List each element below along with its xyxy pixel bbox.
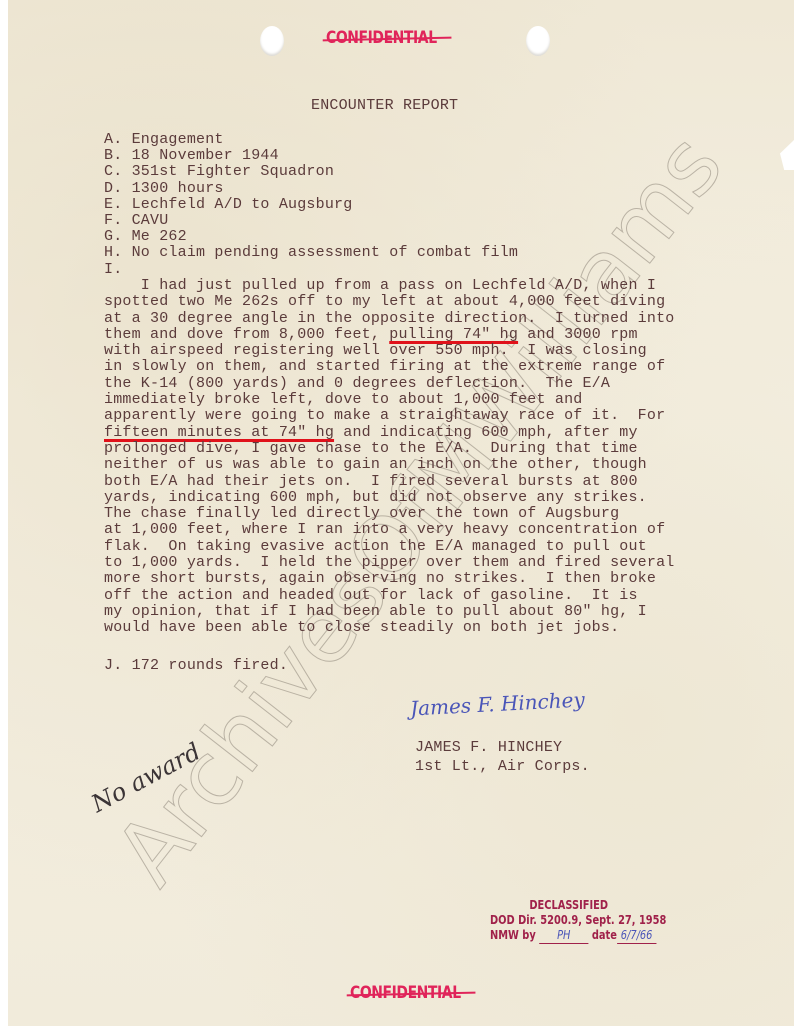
report-items: A. EngagementB. 18 November 1944C. 351st…: [104, 132, 518, 278]
confidential-stamp-top: CONFIDENTIAL: [326, 28, 437, 48]
date-label: date: [592, 928, 617, 942]
punch-hole: [260, 26, 284, 56]
narrative-line: spotted two Me 262s off to my left at ab…: [104, 294, 675, 310]
report-item: E. Lechfeld A/D to Augsburg: [104, 197, 518, 213]
narrative-line: apparently were going to make a straight…: [104, 408, 675, 424]
signer-rank: 1st Lt., Air Corps.: [415, 757, 590, 776]
declass-date: 6/7/66: [621, 928, 653, 942]
punch-hole: [526, 26, 550, 56]
confidential-stamp-bottom: CONFIDENTIAL: [350, 983, 461, 1003]
narrative-text: I had just pulled up from a pass on Lech…: [104, 278, 675, 637]
declassification-stamp: DECLASSIFIED DOD Dir. 5200.9, Sept. 27, …: [490, 898, 666, 944]
signature-block: JAMES F. HINCHEY 1st Lt., Air Corps.: [415, 738, 590, 776]
page-title: ENCOUNTER REPORT: [311, 97, 458, 114]
narrative-line: fifteen minutes at 74" hg and indicating…: [104, 425, 675, 441]
report-item: B. 18 November 1944: [104, 148, 518, 164]
narrative-line: The chase finally led directly over the …: [104, 506, 675, 522]
report-item: C. 351st Fighter Squadron: [104, 164, 518, 180]
report-item: F. CAVU: [104, 213, 518, 229]
narrative-line: flak. On taking evasive action the E/A m…: [104, 539, 675, 555]
report-item: I.: [104, 262, 518, 278]
narrative-line: to 1,000 yards. I held the pipper over t…: [104, 555, 675, 571]
report-item: H. No claim pending assessment of combat…: [104, 245, 518, 261]
narrative-line: would have been able to close steadily o…: [104, 620, 675, 636]
report-item: A. Engagement: [104, 132, 518, 148]
narrative-line: prolonged dive, I gave chase to the E/A.…: [104, 441, 675, 457]
narrative-line: with airspeed registering well over 550 …: [104, 343, 675, 359]
narrative-line: in slowly on them, and started firing at…: [104, 359, 675, 375]
declassified-authority: NMW by PH date6/7/66: [490, 928, 666, 944]
report-item: D. 1300 hours: [104, 181, 518, 197]
narrative-line: my opinion, that if I had been able to p…: [104, 604, 675, 620]
narrative-line: off the action and headed out for lack o…: [104, 588, 675, 604]
report-item: G. Me 262: [104, 229, 518, 245]
rounds-fired: J. 172 rounds fired.: [104, 657, 288, 674]
signer-name: JAMES F. HINCHEY: [415, 738, 590, 757]
narrative-line: yards, indicating 600 mph, but did not o…: [104, 490, 675, 506]
narrative-line: immediately broke left, dove to about 1,…: [104, 392, 675, 408]
narrative-line: both E/A had their jets on. I fired seve…: [104, 474, 675, 490]
narrative-line: I had just pulled up from a pass on Lech…: [104, 278, 675, 294]
declassified-heading: DECLASSIFIED: [490, 898, 666, 913]
narrative-line: at a 30 degree angle in the opposite dir…: [104, 311, 675, 327]
declassified-directive: DOD Dir. 5200.9, Sept. 27, 1958: [490, 913, 666, 928]
red-underlined-text: pulling 74" hg: [389, 326, 518, 343]
narrative-line: at 1,000 feet, where I ran into a very h…: [104, 522, 675, 538]
narrative-line: the K-14 (800 yards) and 0 degrees defle…: [104, 376, 675, 392]
narrative-line: neither of us was able to gain an inch o…: [104, 457, 675, 473]
narrative-line: more short bursts, again observing no st…: [104, 571, 675, 587]
narrative-line: them and dove from 8,000 feet, pulling 7…: [104, 327, 675, 343]
red-underlined-text: fifteen minutes at 74" hg: [104, 424, 334, 441]
by-initials: PH: [557, 928, 570, 942]
by-label: NMW by: [490, 928, 536, 942]
